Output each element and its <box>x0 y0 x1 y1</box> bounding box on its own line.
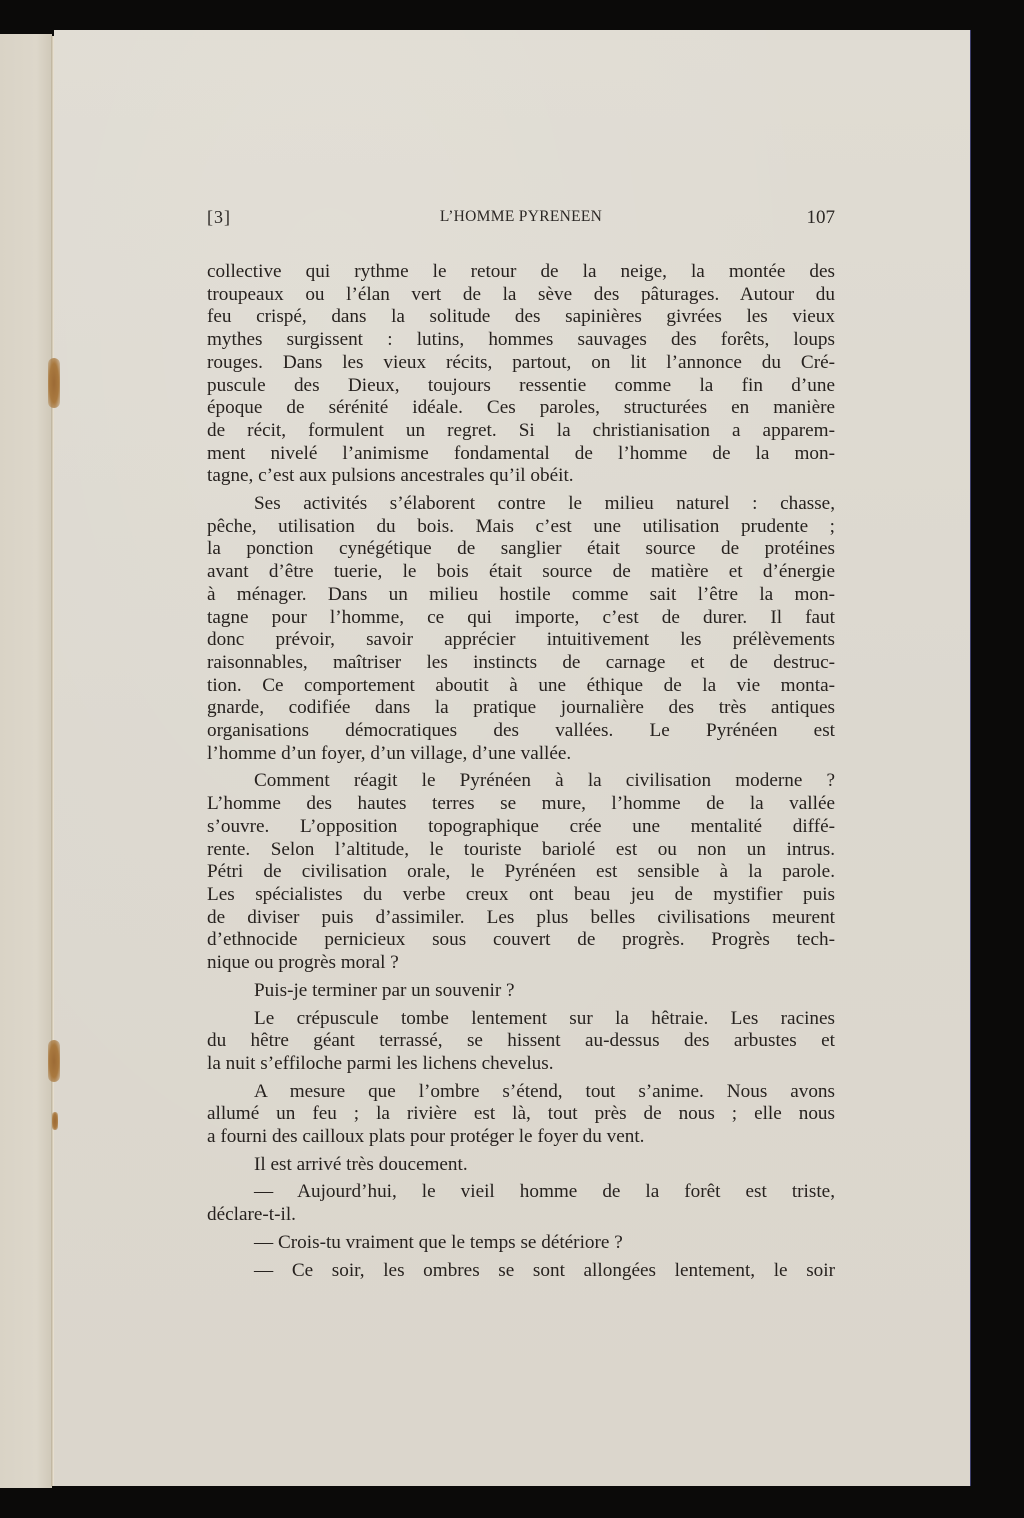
text-line: d’ethnocide pernicieux sous couvert de p… <box>207 929 835 952</box>
paper-stain <box>52 1112 58 1130</box>
paragraph: A mesure que l’ombre s’étend, tout s’ani… <box>207 1081 835 1149</box>
text-line: organisations démocratiques des vallées.… <box>207 720 835 743</box>
text-line: puscule des Dieux, toujours ressentie co… <box>207 375 835 398</box>
text-line: donc prévoir, savoir apprécier intuitive… <box>207 629 835 652</box>
paragraph: collective qui rythme le retour de la ne… <box>207 261 835 488</box>
running-title: L’HOMME PYRENEEN <box>207 208 835 226</box>
text-line: a fourni des cailloux plats pour protége… <box>207 1126 835 1149</box>
text-line: l’homme d’un foyer, d’un village, d’une … <box>207 743 835 766</box>
paragraph: Ses activités s’élaborent contre le mili… <box>207 493 835 765</box>
text-line: du hêtre géant terrassé, se hissent au-d… <box>207 1030 835 1053</box>
body-text: collective qui rythme le retour de la ne… <box>207 261 835 1282</box>
text-line: ment nivelé l’animisme fondamental de l’… <box>207 443 835 466</box>
text-line: de récit, formulent un regret. Si la chr… <box>207 420 835 443</box>
text-line: Le crépuscule tombe lentement sur la hêt… <box>207 1008 835 1031</box>
text-line: — Ce soir, les ombres se sont allongées … <box>207 1260 835 1283</box>
text-line: à ménager. Dans un milieu hostile comme … <box>207 584 835 607</box>
text-line: Les spécialistes du verbe creux ont beau… <box>207 884 835 907</box>
text-line: raisonnables, maîtriser les instincts de… <box>207 652 835 675</box>
text-line: Puis-je terminer par un souvenir ? <box>207 980 835 1003</box>
paper-stain <box>48 358 60 408</box>
text-line: rouges. Dans les vieux récits, partout, … <box>207 352 835 375</box>
text-line: nique ou progrès moral ? <box>207 952 835 975</box>
text-line: allumé un feu ; la rivière est là, tout … <box>207 1103 835 1126</box>
page-number: 107 <box>807 207 836 229</box>
text-line: rente. Selon l’altitude, le touriste bar… <box>207 839 835 862</box>
text-line: Ses activités s’élaborent contre le mili… <box>207 493 835 516</box>
paragraph: — Aujourd’hui, le vieil homme de la forê… <box>207 1181 835 1226</box>
text-line: gnarde, codifiée dans la pratique journa… <box>207 697 835 720</box>
text-line: collective qui rythme le retour de la ne… <box>207 261 835 284</box>
paragraph: Comment réagit le Pyrénéen à la civilisa… <box>207 770 835 974</box>
text-line: — Aujourd’hui, le vieil homme de la forê… <box>207 1181 835 1204</box>
paragraph: Le crépuscule tombe lentement sur la hêt… <box>207 1008 835 1076</box>
text-line: Comment réagit le Pyrénéen à la civilisa… <box>207 770 835 793</box>
running-header: [3] L’HOMME PYRENEEN 107 <box>207 207 835 233</box>
text-line: la ponction cynégétique de sanglier étai… <box>207 538 835 561</box>
text-line: Pétri de civilisation orale, le Pyrénéen… <box>207 861 835 884</box>
text-line: feu crispé, dans la solitude des sapiniè… <box>207 306 835 329</box>
text-line: de diviser puis d’assimiler. Les plus be… <box>207 907 835 930</box>
paragraph: — Ce soir, les ombres se sont allongées … <box>207 1260 835 1283</box>
text-line: — Crois-tu vraiment que le temps se dété… <box>207 1232 835 1255</box>
text-line: tagne, c’est aux pulsions ancestrales qu… <box>207 465 835 488</box>
facing-page-edge <box>0 34 52 1488</box>
text-line: époque de sérénité idéale. Ces paroles, … <box>207 397 835 420</box>
text-line: tion. Ce comportement aboutit à une éthi… <box>207 675 835 698</box>
text-line: troupeaux ou l’élan vert de la sève des … <box>207 284 835 307</box>
paragraph: Puis-je terminer par un souvenir ? <box>207 980 835 1003</box>
text-line: mythes surgissent : lutins, hommes sauva… <box>207 329 835 352</box>
paragraph: Il est arrivé très doucement. <box>207 1154 835 1177</box>
text-line: déclare-t-il. <box>207 1204 835 1227</box>
paragraph: — Crois-tu vraiment que le temps se dété… <box>207 1232 835 1255</box>
text-line: L’homme des hautes terres se mure, l’hom… <box>207 793 835 816</box>
text-line: la nuit s’effiloche parmi les lichens ch… <box>207 1053 835 1076</box>
paper-stain <box>48 1040 60 1082</box>
text-line: Il est arrivé très doucement. <box>207 1154 835 1177</box>
text-line: s’ouvre. L’opposition topographique crée… <box>207 816 835 839</box>
text-line: avant d’être tuerie, le bois était sourc… <box>207 561 835 584</box>
text-line: tagne pour l’homme, ce qui importe, c’es… <box>207 607 835 630</box>
text-line: pêche, utilisation du bois. Mais c’est u… <box>207 516 835 539</box>
text-line: A mesure que l’ombre s’étend, tout s’ani… <box>207 1081 835 1104</box>
